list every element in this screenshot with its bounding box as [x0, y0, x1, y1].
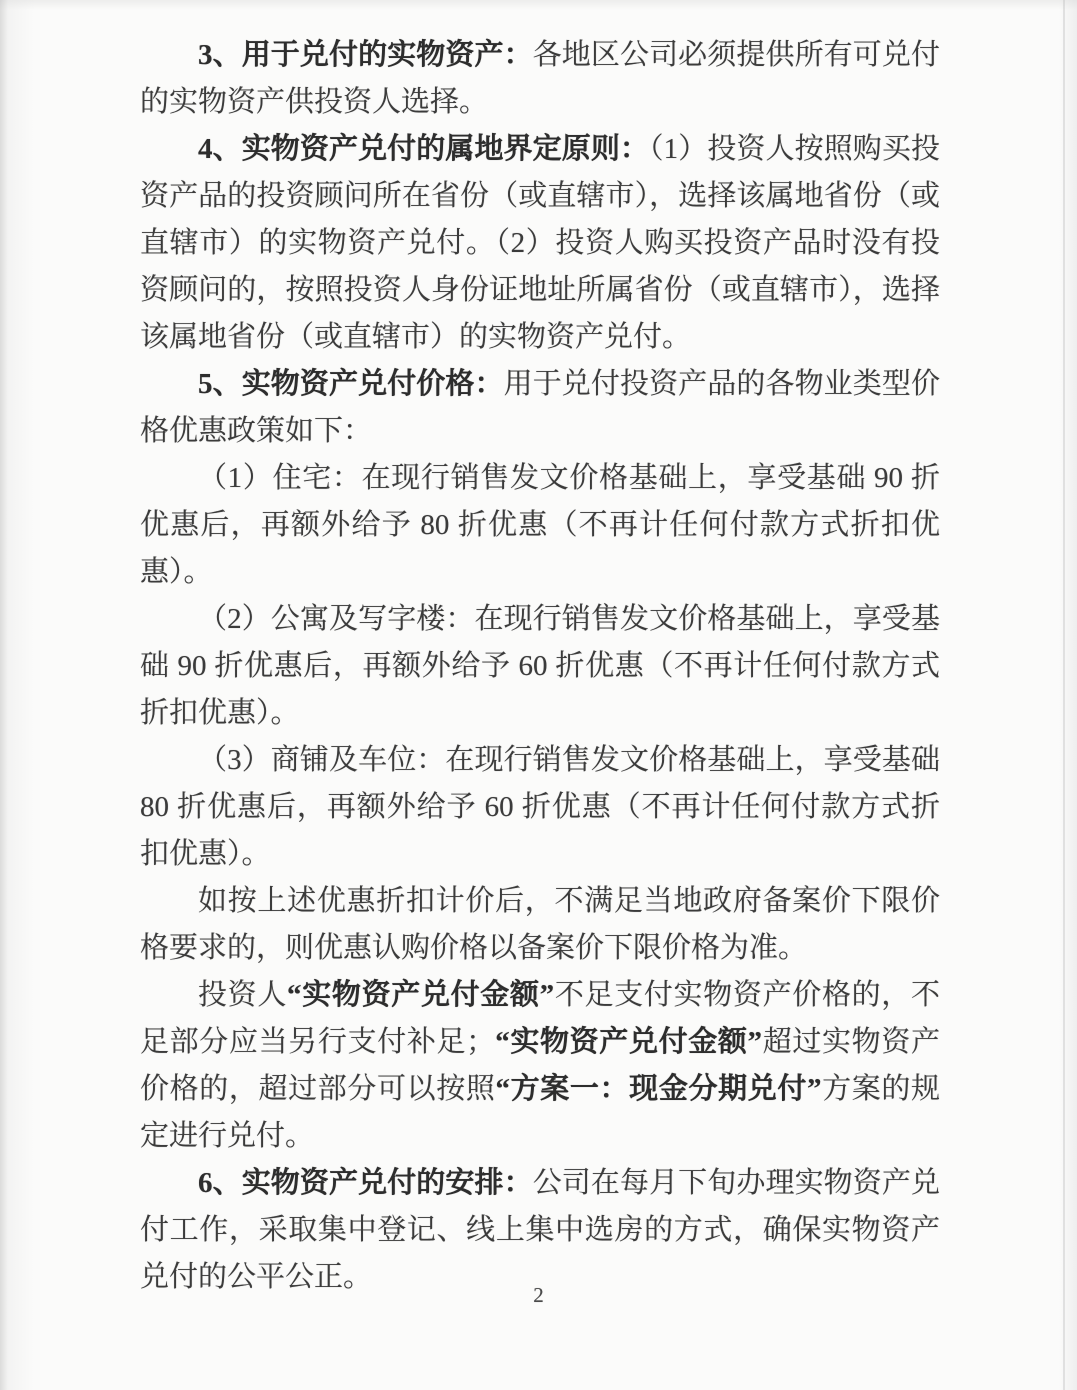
emphasis-text: “方案一：现金分期兑付”	[496, 1073, 822, 1105]
page-number: 2	[0, 1283, 1077, 1308]
body-text: （2）公寓及写字楼：在现行销售发文价格基础上，享受基础 90 折优惠后，再额外给…	[140, 603, 940, 729]
body-text: 投资人	[198, 979, 287, 1011]
scanned-document-page: 3、用于兑付的实物资产：各地区公司必须提供所有可兑付的实物资产供投资人选择。4、…	[0, 0, 1077, 1390]
document-body: 3、用于兑付的实物资产：各地区公司必须提供所有可兑付的实物资产供投资人选择。4、…	[140, 32, 940, 1301]
emphasis-text: “实物资产兑付金额”	[287, 979, 554, 1011]
emphasis-text: 3、用于兑付的实物资产：	[198, 39, 533, 71]
item-5-redemption-price: 5、实物资产兑付价格：用于兑付投资产品的各物业类型价格优惠政策如下：	[140, 361, 940, 455]
body-text: （1）投资人按照购买投资产品的投资顾问所在省份（或直辖市），选择该属地省份（或直…	[140, 133, 940, 353]
emphasis-text: 6、实物资产兑付的安排：	[198, 1167, 533, 1199]
emphasis-text: 5、实物资产兑付价格：	[198, 368, 504, 400]
item-5-sub-3-shop-parking: （3）商铺及车位：在现行销售发文价格基础上，享受基础 80 折优惠后，再额外给予…	[140, 737, 940, 878]
scan-edge-line	[1063, 0, 1065, 1390]
emphasis-text: 4、实物资产兑付的属地界定原则：	[198, 133, 649, 165]
item-5-sub-2-apartment-office: （2）公寓及写字楼：在现行销售发文价格基础上，享受基础 90 折优惠后，再额外给…	[140, 596, 940, 737]
item-5-sub-1-residential: （1）住宅：在现行销售发文价格基础上，享受基础 90 折优惠后，再额外给予 80…	[140, 455, 940, 596]
para-amount-shortfall-excess: 投资人“实物资产兑付金额”不足支付实物资产价格的，不足部分应当另行支付补足；“实…	[140, 972, 940, 1160]
body-text: （1）住宅：在现行销售发文价格基础上，享受基础 90 折优惠后，再额外给予 80…	[140, 462, 940, 588]
item-6-redemption-arrangement: 6、实物资产兑付的安排：公司在每月下旬办理实物资产兑付工作，采取集中登记、线上集…	[140, 1160, 940, 1301]
body-text: 如按上述优惠折扣计价后，不满足当地政府备案价下限价格要求的，则优惠认购价格以备案…	[140, 885, 940, 964]
item-4-territorial-principle: 4、实物资产兑付的属地界定原则：（1）投资人按照购买投资产品的投资顾问所在省份（…	[140, 126, 940, 361]
para-filing-price-floor: 如按上述优惠折扣计价后，不满足当地政府备案价下限价格要求的，则优惠认购价格以备案…	[140, 878, 940, 972]
item-3-redeemable-assets: 3、用于兑付的实物资产：各地区公司必须提供所有可兑付的实物资产供投资人选择。	[140, 32, 940, 126]
emphasis-text: “实物资产兑付金额”	[495, 1026, 762, 1058]
body-text: （3）商铺及车位：在现行销售发文价格基础上，享受基础 80 折优惠后，再额外给予…	[140, 744, 940, 870]
